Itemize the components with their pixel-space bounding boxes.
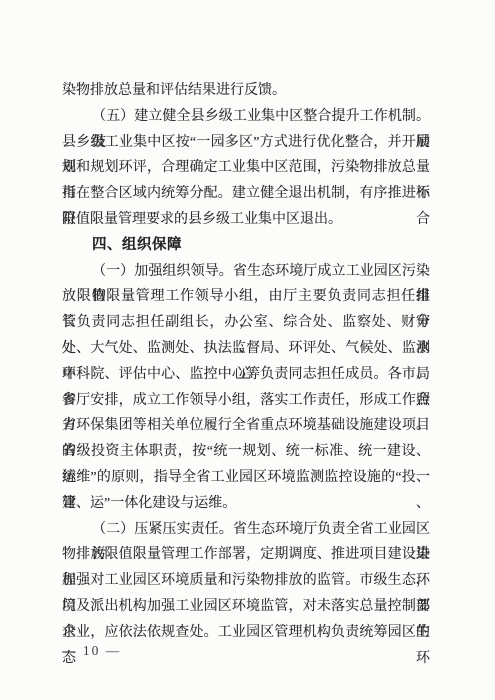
- text-line: 处、大气处、监测处、执法监督局、环评处、气候处、监测中心、: [62, 336, 430, 362]
- text-line: 环科院、评估中心、监控中心等负责同志担任成员。各市局参照: [62, 362, 430, 388]
- document-page: 染物排放总量和评估结果进行反馈。（五）建立健全县乡级工业集中区整合提升工作机制。…: [0, 0, 495, 700]
- section-heading: 四、组织保障: [62, 233, 430, 259]
- page-number: — 10 —: [62, 643, 121, 658]
- text-line: （一）加强组织领导。省生态环境厅成立工业园区污染物排: [62, 259, 430, 285]
- text-line: 染物排放总量和评估结果进行反馈。: [62, 78, 430, 104]
- text-line: 省厅安排，成立工作领导小组，落实工作责任，形成工作合力。: [62, 388, 430, 414]
- document-body: 染物排放总量和评估结果进行反馈。（五）建立健全县乡级工业集中区整合提升工作机制。…: [62, 78, 430, 646]
- text-line: 加强对工业园区环境质量和污染物排放的监管。市级生态环境部: [62, 568, 430, 594]
- text-line: 放限值限量管理工作领导小组，由厅主要负责同志担任组长，分: [62, 284, 430, 310]
- text-line: 管负责同志担任副组长，办公室、综合处、监察处、财审处、水: [62, 310, 430, 336]
- text-line: 划和规划环评，合理确定工业集中区范围，污染物排放总量指标: [62, 155, 430, 181]
- text-line: （二）压紧压实责任。省生态环境厅负责全省工业园区污染: [62, 517, 430, 543]
- text-line: 企业，应依法依规查处。工业园区管理机构负责统筹园区生态环: [62, 620, 430, 646]
- text-line: 可在整合区域内统筹分配。建立健全退出机制，有序推进不符合: [62, 181, 430, 207]
- text-line: 运维”的原则，指导全省工业园区环境监测监控设施的“投、建、: [62, 465, 430, 491]
- text-line: 县乡级工业集中区按“一园多区”方式进行优化整合，并开展规: [62, 130, 430, 156]
- text-line: 省级投资主体职责，按“统一规划、统一标准、统一建设、统一: [62, 439, 430, 465]
- text-line: （五）建立健全县乡级工业集中区整合提升工作机制。鼓励: [62, 104, 430, 130]
- page-footer: — 10 —: [62, 643, 121, 659]
- text-line: 门及派出机构加强工业园区环境监管，对未落实总量控制要求的: [62, 594, 430, 620]
- text-line: 物排放限值限量管理工作部署，定期调度、推进项目建设进程，: [62, 542, 430, 568]
- text-line: 省环保集团等相关单位履行全省重点环境基础设施建设项目的: [62, 413, 430, 439]
